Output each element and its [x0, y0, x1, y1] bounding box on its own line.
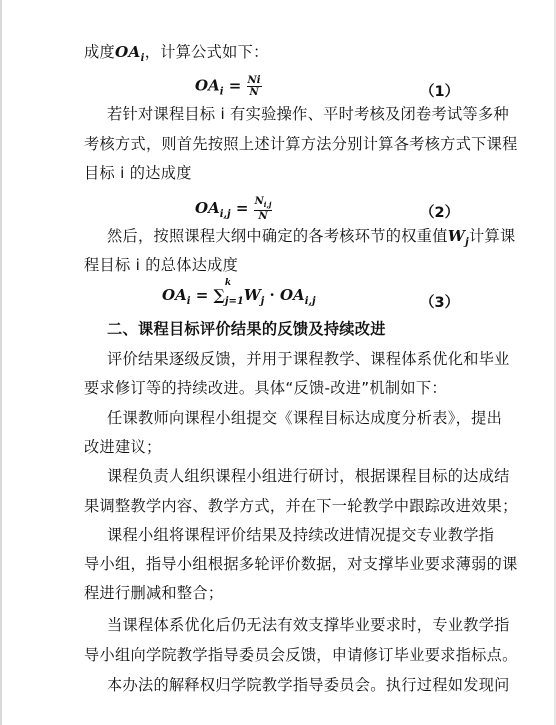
text-line: 课程小组将课程评价结果及持续改进情况提交专业教学指: [107, 525, 494, 545]
section-heading: 二、课程目标评价结果的反馈及持续改进: [107, 319, 386, 339]
text-line: 若针对课程目标 i 有实验操作、平时考核及闭卷考试等多种: [107, 104, 509, 124]
text-line: 目标 i 的达成度: [84, 163, 192, 183]
text-segment: ，计算公式如下：: [145, 43, 269, 61]
text-line: 当课程体系优化后仍无法有效支撑毕业要求时，专业教学指: [107, 615, 510, 635]
text-line: 要求修订等的持续改进。具体“反馈-改进”机制如下：: [84, 378, 447, 398]
text-line: 导小组，指导小组根据多轮评价数据，对支撑毕业要求薄弱的课: [84, 554, 518, 574]
fraction: NiN: [247, 75, 262, 98]
equation-number: （1）: [420, 80, 459, 101]
document-page: 成度OAi，计算公式如下： OAi = NiN （1） 若针对课程目标 i 有实…: [0, 0, 556, 725]
equation-2: OAi,j = Ni,jN: [195, 196, 272, 222]
math-variable: OAi: [115, 43, 145, 61]
text-segment: 成度: [84, 43, 115, 61]
text-line: 考核方式，则首先按照上述计算方法分别计算各考核方式下课程: [84, 134, 518, 154]
fraction: Ni,jN: [254, 196, 273, 222]
math-variable: Wj: [448, 227, 469, 245]
equation-1: OAi = NiN: [195, 75, 262, 98]
text-line: 导小组向学院教学指导委员会反馈，申请修订毕业要求指标点。: [84, 645, 518, 665]
equation-number: （2）: [420, 201, 459, 222]
equation-number: （3）: [420, 291, 459, 312]
text-line: 本办法的解释权归学院教学指导委员会。执行过程如发现问: [107, 675, 510, 695]
text-line: 果调整教学内容、教学方式，并在下一轮教学中跟踪改进效果；: [84, 496, 518, 516]
text-line: 课程负责人组织课程小组进行研讨，根据课程目标的达成结: [107, 466, 510, 486]
text-line: 成度OAi，计算公式如下：: [84, 42, 269, 69]
text-line: 任课教师向课程小组提交《课程目标达成度分析表》，提出: [107, 408, 502, 428]
text-line: 改进建议；: [84, 437, 161, 457]
text-line: 评价结果逐级反馈，并用于课程教学、课程体系优化和毕业: [107, 349, 510, 369]
equation-3: OAi = ∑kj=1Wj · OAi,j: [162, 286, 316, 307]
text-line: 然后，按照课程大纲中确定的各考核环节的权重值Wj计算课: [107, 226, 515, 253]
text-line: 程进行删减和整合；: [84, 583, 223, 603]
text-line: 程目标 i 的总体达成度: [84, 255, 238, 275]
